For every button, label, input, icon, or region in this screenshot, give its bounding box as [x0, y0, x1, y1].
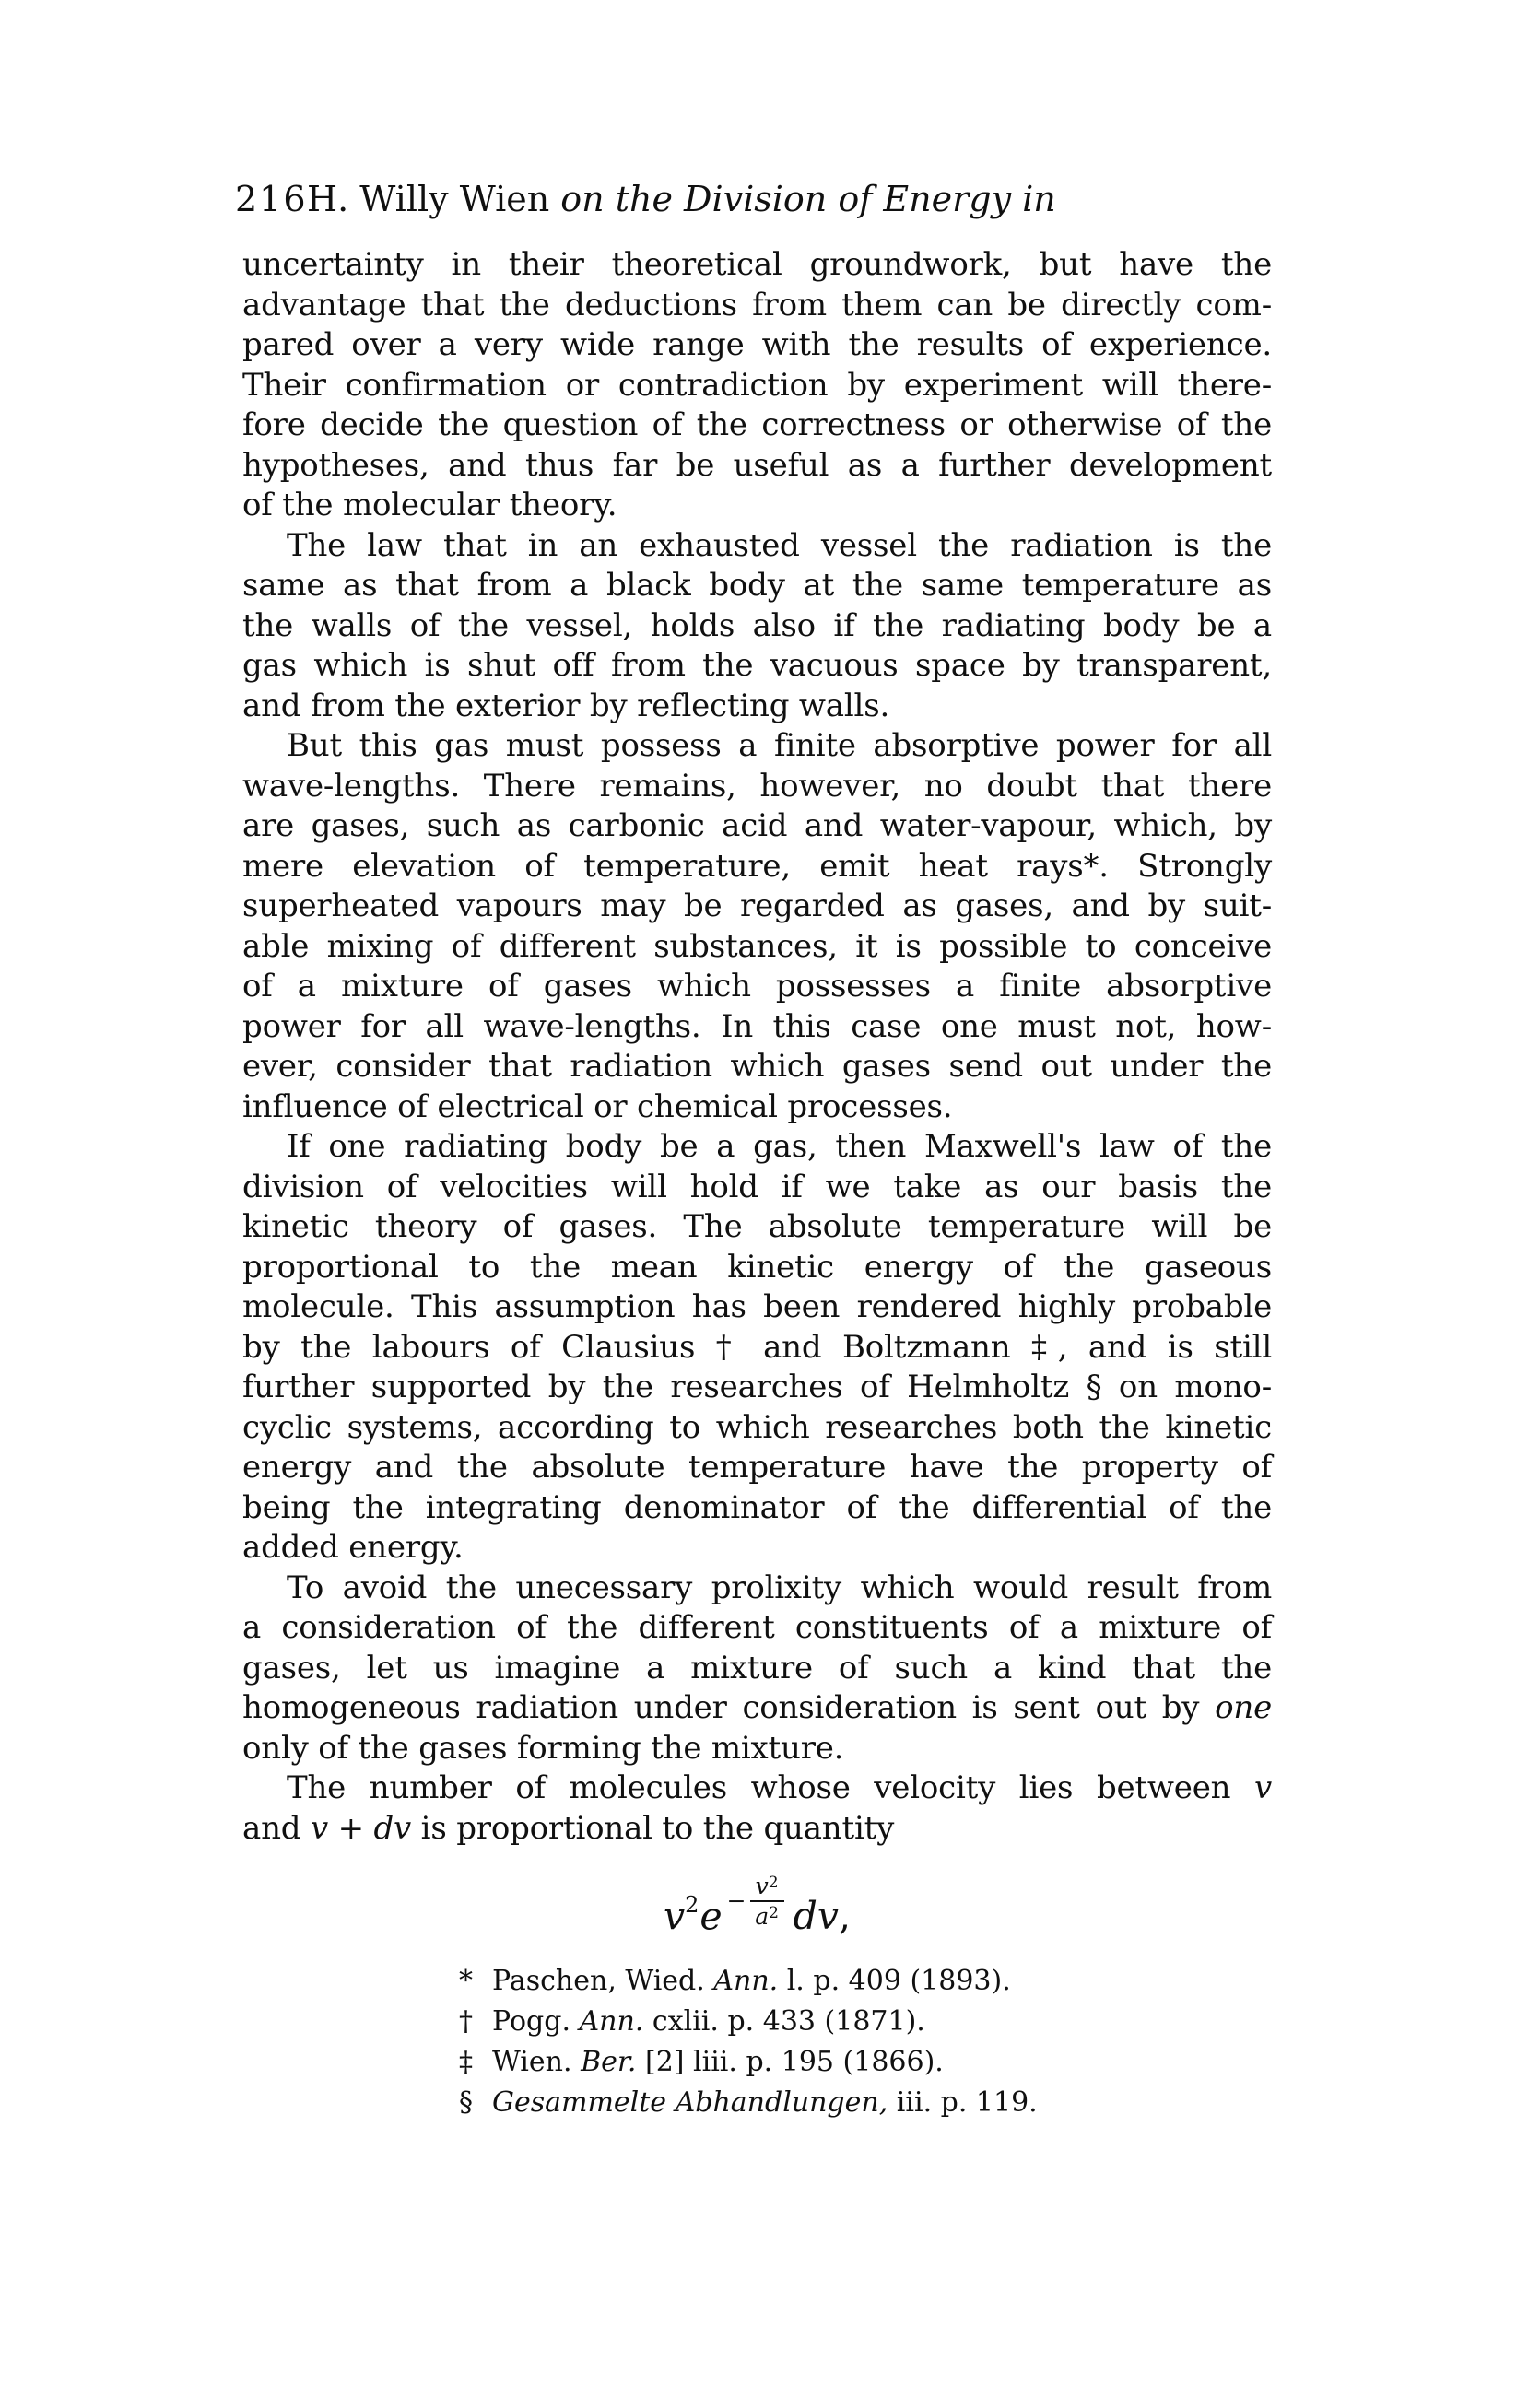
italic-text: dv [373, 1810, 411, 1847]
text-line: gas which is shut off from the vacuous s… [242, 646, 1272, 687]
exponent-group: −v2a2 [727, 1874, 784, 1928]
text-segment: superheated vapours may be regarded as g… [242, 887, 1272, 924]
velocity-exponent: 2 [685, 1892, 699, 1918]
text-segment: Their confirmation or contradiction by e… [242, 367, 1272, 404]
footnote-marker: * [459, 1961, 492, 2002]
text-line: molecule. This assumption has been rende… [242, 1287, 1272, 1328]
text-segment: mere elevation of temperature, emit heat… [242, 848, 1272, 885]
text-segment: the walls of the vessel, holds also if t… [242, 607, 1272, 644]
text-line: The number of molecules whose velocity l… [242, 1768, 1272, 1809]
text-line: superheated vapours may be regarded as g… [242, 887, 1272, 927]
footnotes: *Paschen, Wied. Ann. l. p. 409 (1893).†P… [459, 1961, 1272, 2123]
text-line: advantage that the deductions from them … [242, 286, 1272, 326]
text-segment: ever, consider that radiation which gase… [242, 1048, 1272, 1085]
text-segment: The number of molecules whose velocity l… [287, 1769, 1254, 1806]
text-line: influence of electrical or chemical proc… [242, 1087, 1272, 1128]
text-segment: If one radiating body be a gas, then Max… [287, 1128, 1272, 1165]
text-segment: kinetic theory of gases. The absolute te… [242, 1208, 1272, 1245]
text-line: wave-lengths. There remains, however, no… [242, 767, 1272, 807]
equation-expression: v2e−v2a2dv, [664, 1874, 851, 1939]
text-segment: able mixing of different substances, it … [242, 928, 1272, 965]
text-segment: gases, let us imagine a mixture of such … [242, 1650, 1272, 1686]
text-line: able mixing of different substances, it … [242, 927, 1272, 968]
text-line: cyclic systems, according to which resea… [242, 1408, 1272, 1449]
running-title-author: H. Willy Wien [307, 179, 560, 219]
italic-text: Ann. [713, 1965, 778, 1997]
footnote-marker: § [459, 2083, 492, 2123]
text-segment: added energy. [242, 1529, 464, 1566]
exponent-fraction: v2a2 [750, 1874, 784, 1928]
footnote-line: ‡Wien. Ber. [2] liii. p. 195 (1866). [459, 2042, 1272, 2083]
text-line: uncertainty in their theoretical groundw… [242, 245, 1272, 286]
text-segment: homogeneous radiation under consideratio… [242, 1689, 1215, 1726]
italic-text: v [311, 1810, 328, 1847]
footnote-marker: ‡ [459, 2042, 492, 2083]
text-line: by the labours of Clausius † and Boltzma… [242, 1328, 1272, 1369]
fraction-denominator: a2 [755, 1902, 779, 1928]
text-segment: are gases, such as carbonic acid and wat… [242, 807, 1272, 844]
italic-text: Gesammelte Abhandlungen, [492, 2086, 888, 2119]
text-column: 216 H. Willy Wien on the Division of Ene… [242, 178, 1272, 2123]
paragraph: If one radiating body be a gas, then Max… [242, 1127, 1272, 1569]
text-segment: of the molecular theory. [242, 487, 617, 523]
text-line: further supported by the researches of H… [242, 1368, 1272, 1408]
text-segment: same as that from a black body at the sa… [242, 567, 1272, 604]
text-segment: [2] liii. p. 195 (1866). [636, 2046, 943, 2078]
text-line: power for all wave-lengths. In this case… [242, 1007, 1272, 1048]
italic-text: one [1215, 1689, 1272, 1726]
text-segment: proportional to the mean kinetic energy … [242, 1249, 1272, 1286]
paragraph: But this gas must possess a finite absor… [242, 726, 1272, 1127]
text-line: If one radiating body be a gas, then Max… [242, 1127, 1272, 1168]
text-segment: division of velocities will hold if we t… [242, 1169, 1272, 1205]
footnote-marker: † [459, 2002, 492, 2042]
text-segment: Wien. [492, 2046, 581, 2078]
text-line: same as that from a black body at the sa… [242, 566, 1272, 606]
footnote-line: §Gesammelte Abhandlungen, iii. p. 119. [459, 2083, 1272, 2123]
equation: v2e−v2a2dv, [242, 1863, 1272, 1943]
paragraph: uncertainty in their theoretical groundw… [242, 245, 1272, 526]
text-line: ever, consider that radiation which gase… [242, 1047, 1272, 1087]
text-segment: advantage that the deductions from them … [242, 287, 1272, 323]
running-header: 216 H. Willy Wien on the Division of Ene… [242, 178, 1272, 220]
text-segment: only of the gases forming the mixture. [242, 1730, 843, 1767]
text-line: gases, let us imagine a mixture of such … [242, 1649, 1272, 1689]
text-line: and v + dv is proportional to the quanti… [242, 1809, 1272, 1850]
text-line: fore decide the question of the correctn… [242, 405, 1272, 446]
italic-text: v [1254, 1769, 1272, 1806]
text-line: added energy. [242, 1528, 1272, 1569]
differential-term: dv, [794, 1894, 851, 1938]
text-line: division of velocities will hold if we t… [242, 1168, 1272, 1208]
text-line: the walls of the vessel, holds also if t… [242, 606, 1272, 647]
text-line: mere elevation of temperature, emit heat… [242, 847, 1272, 887]
page-number: 216 [235, 178, 308, 220]
text-line: energy and the absolute temperature have… [242, 1448, 1272, 1488]
text-segment: The law that in an exhausted vessel the … [287, 527, 1272, 564]
text-line: being the integrating denominator of the… [242, 1488, 1272, 1529]
running-title-work: on the Division of Energy in [560, 179, 1055, 219]
text-line: of a mixture of gases which possesses a … [242, 967, 1272, 1007]
paragraph: To avoid the unecessary prolixity which … [242, 1569, 1272, 1769]
text-segment: + [328, 1810, 374, 1847]
text-segment: being the integrating denominator of the… [242, 1489, 1272, 1526]
text-segment: influence of electrical or chemical proc… [242, 1088, 952, 1125]
text-segment: uncertainty in their theoretical groundw… [242, 246, 1272, 283]
text-line: a consideration of the different constit… [242, 1608, 1272, 1649]
text-segment: power for all wave-lengths. In this case… [242, 1008, 1272, 1045]
body-text: uncertainty in their theoretical groundw… [242, 245, 1272, 1849]
paragraph: The law that in an exhausted vessel the … [242, 526, 1272, 727]
text-line: proportional to the mean kinetic energy … [242, 1248, 1272, 1288]
italic-text: Ann. [580, 2005, 644, 2038]
text-line: But this gas must possess a finite absor… [242, 726, 1272, 767]
paragraph: The number of molecules whose velocity l… [242, 1768, 1272, 1849]
text-line: kinetic theory of gases. The absolute te… [242, 1207, 1272, 1248]
text-segment: pared over a very wide range with the re… [242, 326, 1272, 363]
text-segment: molecule. This assumption has been rende… [242, 1288, 1272, 1325]
text-line: The law that in an exhausted vessel the … [242, 526, 1272, 567]
text-segment: iii. p. 119. [888, 2086, 1037, 2119]
text-segment: fore decide the question of the correctn… [242, 406, 1272, 443]
text-segment: of a mixture of gases which possesses a … [242, 968, 1272, 1005]
text-line: only of the gases forming the mixture. [242, 1729, 1272, 1769]
fraction-numerator: v2 [750, 1874, 784, 1902]
footnote-line: *Paschen, Wied. Ann. l. p. 409 (1893). [459, 1961, 1272, 2002]
minus-sign: − [727, 1889, 746, 1912]
text-segment: is proportional to the quantity [411, 1810, 894, 1847]
text-line: of the molecular theory. [242, 486, 1272, 526]
text-segment: cyclic systems, according to which resea… [242, 1409, 1272, 1446]
text-line: To avoid the unecessary prolixity which … [242, 1569, 1272, 1609]
text-segment: and [242, 1810, 311, 1847]
text-segment: cxlii. p. 433 (1871). [643, 2005, 924, 2038]
italic-text: Ber. [581, 2046, 636, 2078]
text-line: are gases, such as carbonic acid and wat… [242, 806, 1272, 847]
text-segment: by the labours of Clausius † and Boltzma… [242, 1329, 1272, 1366]
text-line: Their confirmation or contradiction by e… [242, 366, 1272, 406]
text-segment: hypotheses, and thus far be useful as a … [242, 447, 1272, 484]
text-segment: Paschen, Wied. [492, 1965, 713, 1997]
footnote-line: †Pogg. Ann. cxlii. p. 433 (1871). [459, 2002, 1272, 2042]
text-segment: wave-lengths. There remains, however, no… [242, 768, 1272, 805]
text-segment: But this gas must possess a finite absor… [287, 727, 1272, 764]
scanned-paper-page: 216 H. Willy Wien on the Division of Ene… [0, 0, 1540, 2397]
text-line: homogeneous radiation under consideratio… [242, 1688, 1272, 1729]
text-segment: To avoid the unecessary prolixity which … [287, 1569, 1272, 1606]
text-line: pared over a very wide range with the re… [242, 325, 1272, 366]
text-line: and from the exterior by reflecting wall… [242, 687, 1272, 727]
running-title: H. Willy Wien on the Division of Energy … [242, 179, 1056, 219]
text-segment: a consideration of the different constit… [242, 1609, 1272, 1646]
text-segment: further supported by the researches of H… [242, 1369, 1272, 1405]
velocity-variable: v [664, 1894, 685, 1938]
text-line: hypotheses, and thus far be useful as a … [242, 446, 1272, 487]
text-segment: gas which is shut off from the vacuous s… [242, 647, 1272, 684]
euler-e: e [699, 1894, 722, 1938]
text-segment: energy and the absolute temperature have… [242, 1449, 1272, 1486]
text-segment: l. p. 409 (1893). [778, 1965, 1011, 1997]
text-segment: Pogg. [492, 2005, 580, 2038]
text-segment: and from the exterior by reflecting wall… [242, 687, 889, 724]
